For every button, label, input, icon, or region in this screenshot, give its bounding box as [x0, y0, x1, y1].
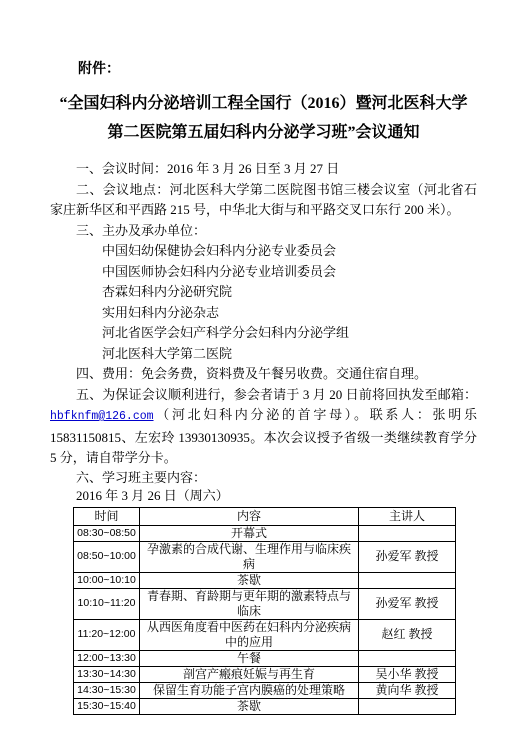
- speaker-cell: 黄向华 教授: [359, 682, 456, 698]
- schedule-table: 时间 内容 主讲人 08:30~08:50 开幕式 08:50~10:00 孕激…: [73, 507, 456, 715]
- organizer-list: 中国妇幼保健协会妇科内分泌专业委员会 中国医师协会妇科内分泌专业培训委员会 杏霖…: [50, 241, 477, 364]
- speaker-cell: [359, 698, 456, 714]
- time-cell: 15:30~15:40: [74, 698, 140, 714]
- column-header-speaker: 主讲人: [359, 507, 456, 525]
- paragraph-agenda-heading: 六、学习班主要内容：: [50, 469, 477, 487]
- content-cell: 从西医角度看中医药在妇科内分泌疾病中的应用: [140, 619, 359, 650]
- time-cell: 08:50~10:00: [74, 541, 140, 572]
- document-body: 一、会议时间：2016 年 3 月 26 日至 3 月 27 日 二、会议地点：…: [50, 159, 477, 715]
- paragraph-registration: 五、为保证会议顺利进行，参会者请于 3 月 20 日前将回执发至邮箱：hbfkn…: [50, 385, 477, 469]
- schedule-row: 10:10~11:20 青春期、育龄期与更年期的激素特点与临床 孙爱军 教授: [74, 588, 456, 619]
- attachment-label-text: 附件：: [78, 62, 120, 77]
- paragraph-fees: 四、费用：免会务费，资料费及午餐另收费。交通住宿自理。: [50, 364, 477, 385]
- speaker-cell: 赵红 教授: [359, 619, 456, 650]
- paragraph-organizers-heading: 三、主办及承办单位：: [50, 221, 477, 242]
- time-cell: 11:20~12:00: [74, 619, 140, 650]
- time-cell: 12:00~13:30: [74, 650, 140, 666]
- schedule-row: 08:30~08:50 开幕式: [74, 525, 456, 541]
- time-cell: 10:00~10:10: [74, 572, 140, 588]
- speaker-cell: 孙爱军 教授: [359, 588, 456, 619]
- paragraph-meeting-location: 二、会议地点：河北医科大学第二医院图书馆三楼会议室（河北省石家庄新华区和平西路 …: [50, 180, 477, 221]
- speaker-cell: 孙爱军 教授: [359, 541, 456, 572]
- organizer-item: 河北医科大学第二医院: [102, 344, 477, 365]
- schedule-row: 14:30~15:30 保留生育功能子宫内膜癌的处理策略 黄向华 教授: [74, 682, 456, 698]
- organizer-item: 杏霖妇科内分泌研究院: [102, 282, 477, 303]
- content-cell: 茶歇: [140, 572, 359, 588]
- speaker-cell: [359, 572, 456, 588]
- time-cell: 08:30~08:50: [74, 525, 140, 541]
- speaker-cell: [359, 650, 456, 666]
- speaker-cell: 吴小华 教授: [359, 666, 456, 682]
- organizer-item: 河北省医学会妇产科学分会妇科内分泌学组: [102, 323, 477, 344]
- organizer-item: 实用妇科内分泌杂志: [102, 303, 477, 324]
- agenda-date-line: 2016 年 3 月 26 日（周六）: [50, 487, 477, 505]
- schedule-row: 11:20~12:00 从西医角度看中医药在妇科内分泌疾病中的应用 赵红 教授: [74, 619, 456, 650]
- page-title-line-1: “全国妇科内分泌培训工程全国行（2016）暨河北医科大学: [50, 89, 477, 118]
- schedule-row: 15:30~15:40 茶歇: [74, 698, 456, 714]
- column-header-time: 时间: [74, 507, 140, 525]
- paragraph-meeting-time: 一、会议时间：2016 年 3 月 26 日至 3 月 27 日: [50, 159, 477, 180]
- content-cell: 青春期、育龄期与更年期的激素特点与临床: [140, 588, 359, 619]
- content-cell: 保留生育功能子宫内膜癌的处理策略: [140, 682, 359, 698]
- attachment-label: 附件：: [50, 60, 477, 80]
- schedule-header-row: 时间 内容 主讲人: [74, 507, 456, 525]
- speaker-cell: [359, 525, 456, 541]
- document-page: 附件： “全国妇科内分泌培训工程全国行（2016）暨河北医科大学 第二医院第五届…: [0, 0, 527, 745]
- schedule-row: 13:30~14:30 剖宫产瘢痕妊娠与再生育 吴小华 教授: [74, 666, 456, 682]
- organizer-item: 中国妇幼保健协会妇科内分泌专业委员会: [102, 241, 477, 262]
- page-title: “全国妇科内分泌培训工程全国行（2016）暨河北医科大学 第二医院第五届妇科内分…: [50, 89, 477, 147]
- content-cell: 开幕式: [140, 525, 359, 541]
- email-link[interactable]: hbfknfm@126.com: [50, 410, 154, 423]
- schedule-row: 10:00~10:10 茶歇: [74, 572, 456, 588]
- registration-text-before-email: 五、为保证会议顺利进行，参会者请于 3 月 20 日前将回执发至邮箱：: [76, 387, 477, 402]
- schedule-row: 12:00~13:30 午餐: [74, 650, 456, 666]
- organizer-item: 中国医师协会妇科内分泌专业培训委员会: [102, 262, 477, 283]
- content-cell: 剖宫产瘢痕妊娠与再生育: [140, 666, 359, 682]
- content-cell: 茶歇: [140, 698, 359, 714]
- content-cell: 孕激素的合成代谢、生理作用与临床疾病: [140, 541, 359, 572]
- page-title-line-2: 第二医院第五届妇科内分泌学习班”会议通知: [50, 118, 477, 147]
- time-cell: 14:30~15:30: [74, 682, 140, 698]
- schedule-row: 08:50~10:00 孕激素的合成代谢、生理作用与临床疾病 孙爱军 教授: [74, 541, 456, 572]
- time-cell: 10:10~11:20: [74, 588, 140, 619]
- content-cell: 午餐: [140, 650, 359, 666]
- time-cell: 13:30~14:30: [74, 666, 140, 682]
- column-header-content: 内容: [140, 507, 359, 525]
